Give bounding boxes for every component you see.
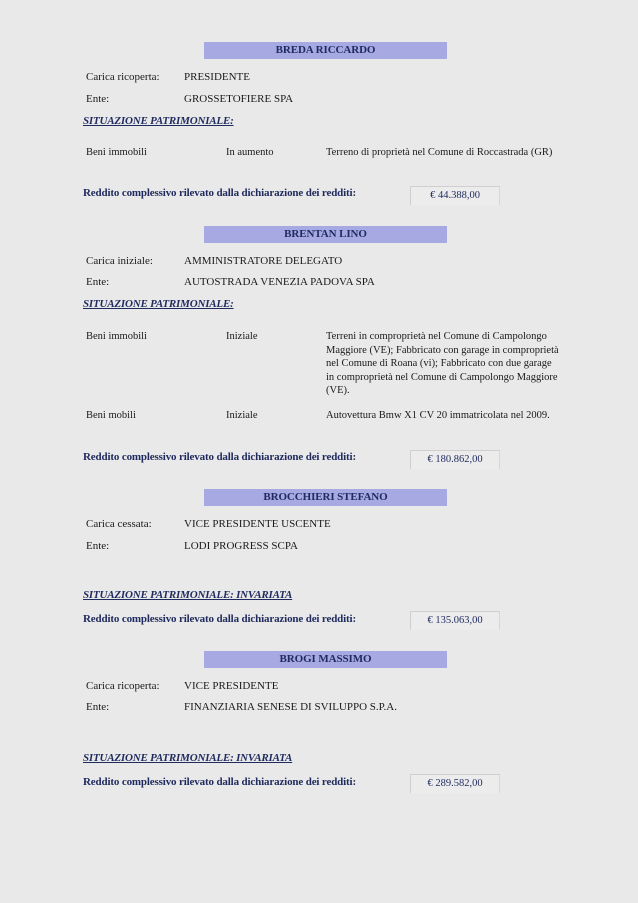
entity-label: Ente: <box>86 275 184 289</box>
asset-type: Beni immobili <box>86 330 147 344</box>
asset-type: Beni immobili <box>86 146 147 160</box>
income-label: Reddito complessivo rilevato dalla dichi… <box>83 613 356 625</box>
asset-status: In aumento <box>226 146 274 160</box>
income-value: € 135.063,00 <box>410 611 500 630</box>
role-label: Carica ricoperta: <box>86 679 184 693</box>
entity-row: Ente:AUTOSTRADA VENEZIA PADOVA SPA <box>86 275 375 289</box>
income-label: Reddito complessivo rilevato dalla dichi… <box>83 451 356 463</box>
entity-row: Ente:LODI PROGRESS SCPA <box>86 539 298 553</box>
person-name-header: BREDA RICCARDO <box>204 42 447 59</box>
person-name-header: BRENTAN LINO <box>204 226 447 243</box>
role-row: Carica ricoperta:VICE PRESIDENTE <box>86 679 278 693</box>
asset-description: Terreni in comproprietà nel Comune di Ca… <box>326 330 561 398</box>
entity-value: GROSSETOFIERE SPA <box>184 93 293 105</box>
entity-row: Ente:FINANZIARIA SENESE DI SVILUPPO S.P.… <box>86 700 397 714</box>
asset-section-title: SITUAZIONE PATRIMONIALE: <box>83 298 234 310</box>
person-name-header: BROGI MASSIMO <box>204 651 447 668</box>
income-label: Reddito complessivo rilevato dalla dichi… <box>83 776 356 788</box>
role-label: Carica iniziale: <box>86 254 184 268</box>
entity-row: Ente:GROSSETOFIERE SPA <box>86 92 293 106</box>
document-page: BREDA RICCARDO Carica ricoperta:PRESIDEN… <box>0 0 638 903</box>
asset-section-title: SITUAZIONE PATRIMONIALE: <box>83 115 234 127</box>
income-value: € 289.582,00 <box>410 774 500 793</box>
role-label: Carica ricoperta: <box>86 70 184 84</box>
role-value: PRESIDENTE <box>184 71 250 83</box>
asset-section-title: SITUAZIONE PATRIMONIALE: INVARIATA <box>83 589 292 601</box>
asset-description: Terreno di proprietà nel Comune di Rocca… <box>326 146 561 160</box>
role-value: VICE PRESIDENTE USCENTE <box>184 518 331 530</box>
entity-label: Ente: <box>86 92 184 106</box>
entity-label: Ente: <box>86 539 184 553</box>
entity-value: AUTOSTRADA VENEZIA PADOVA SPA <box>184 276 375 288</box>
role-row: Carica iniziale:AMMINISTRATORE DELEGATO <box>86 254 342 268</box>
asset-type: Beni mobili <box>86 409 136 423</box>
income-value: € 180.862,00 <box>410 450 500 469</box>
entity-value: FINANZIARIA SENESE DI SVILUPPO S.P.A. <box>184 701 397 713</box>
role-value: VICE PRESIDENTE <box>184 680 278 692</box>
person-name-header: BROCCHIERI STEFANO <box>204 489 447 506</box>
role-label: Carica cessata: <box>86 517 184 531</box>
entity-label: Ente: <box>86 700 184 714</box>
entity-value: LODI PROGRESS SCPA <box>184 540 298 552</box>
asset-status: Iniziale <box>226 330 257 344</box>
role-row: Carica ricoperta:PRESIDENTE <box>86 70 250 84</box>
role-row: Carica cessata:VICE PRESIDENTE USCENTE <box>86 517 331 531</box>
asset-status: Iniziale <box>226 409 257 423</box>
asset-description: Autovettura Bmw X1 CV 20 immatricolata n… <box>326 409 561 423</box>
income-label: Reddito complessivo rilevato dalla dichi… <box>83 187 356 199</box>
asset-section-title: SITUAZIONE PATRIMONIALE: INVARIATA <box>83 752 292 764</box>
income-value: € 44.388,00 <box>410 186 500 205</box>
role-value: AMMINISTRATORE DELEGATO <box>184 255 342 267</box>
